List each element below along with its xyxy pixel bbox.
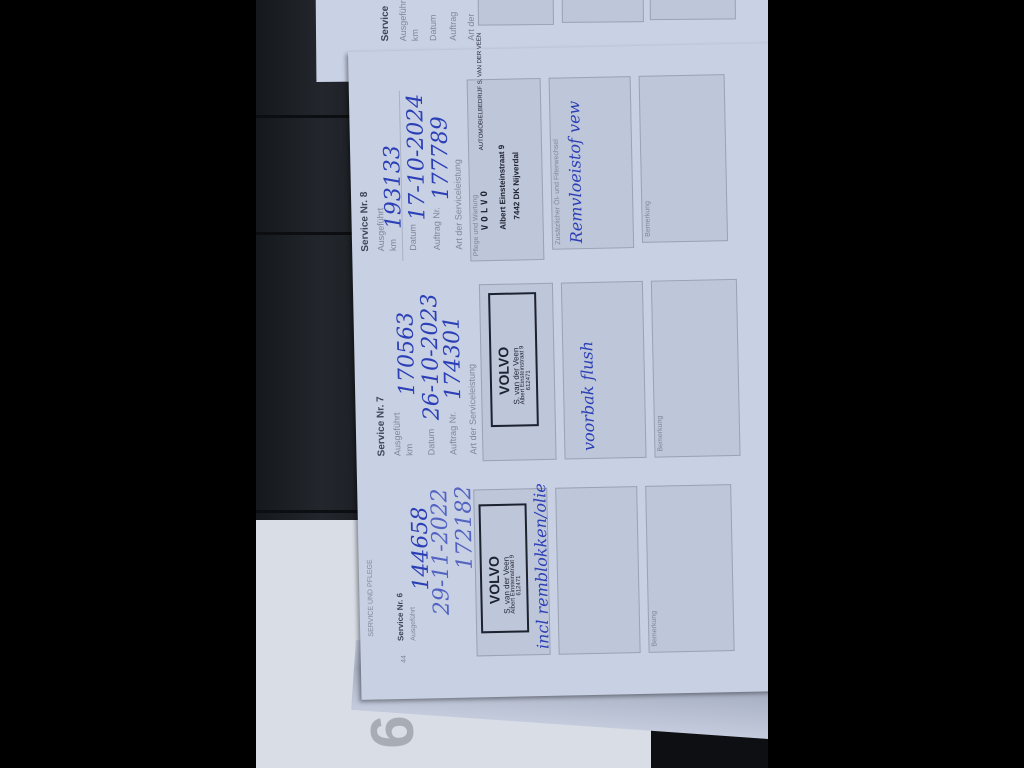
upper-remark-box	[650, 0, 736, 20]
order-value: 177789	[427, 116, 454, 200]
seat-seam	[256, 510, 366, 513]
upper-page-title: Service	[380, 6, 391, 42]
stamp-brand: VOLVO	[495, 347, 512, 395]
performed-label: Ausgeführt	[410, 607, 418, 641]
service-title: Service Nr. 8	[359, 192, 371, 252]
remark-label: Bemerkung	[657, 416, 665, 452]
upper-label: Datum	[428, 14, 438, 41]
dealer-stamp: VOLVO S. van der Veen Albert Einsteinstr…	[488, 292, 539, 427]
page-number: 44	[401, 655, 408, 663]
note: Remvloeistof vew	[564, 101, 586, 244]
remark-box: Bemerkung	[651, 279, 741, 458]
extra-oil-label: Zusätzlicher Öl- und Filterwechsel	[553, 139, 562, 245]
date-value: 17-10-2024	[403, 93, 431, 220]
upper-label: Auftrag	[448, 12, 458, 41]
order-label: Auftrag Nr.	[431, 207, 442, 250]
km-label: km	[388, 239, 398, 251]
remark-box: Bemerkung	[645, 484, 734, 653]
date-label: Datum	[426, 429, 437, 456]
dealer-stamp: VOLVO S. van der Veen Albert Einsteinstr…	[479, 503, 530, 633]
note: voorbak flush	[577, 341, 598, 451]
remark-label: Bemerkung	[644, 201, 652, 237]
care-box: Pflege und Wartung VOLVO AUTOMOBIELBEDRI…	[467, 78, 545, 262]
service-page: SERVICE UND PFLEGE 44 Service Nr. 8 Ausg…	[348, 43, 768, 700]
note: incl remblokken/olie	[530, 483, 552, 649]
stamp-line4: 612471	[526, 370, 532, 390]
care-box: VOLVO S. van der Veen Albert Einsteinstr…	[473, 488, 550, 657]
service-title: Service Nr. 7	[375, 396, 387, 456]
km-value: 193133	[380, 145, 407, 229]
upper-label: Art der	[466, 14, 476, 41]
stamp-line3: 7442 DK Nijverdal	[511, 152, 521, 220]
km-value: 170563	[393, 312, 420, 396]
extra-oil-box: Zusätzlicher Öl- und Filterwechsel Remvl…	[549, 76, 635, 250]
upper-label: Ausgeführt	[398, 0, 408, 41]
date-label: Datum	[408, 224, 419, 251]
order-value: 174301	[440, 316, 467, 400]
service-title: Service Nr. 6	[395, 593, 405, 641]
care-box: VOLVO S. van der Veen Albert Einsteinstr…	[479, 283, 557, 462]
extra-oil-box	[555, 486, 640, 655]
stamp-brand: VOLVO	[480, 188, 491, 230]
remark-box: Bemerkung	[639, 74, 728, 243]
stamp-line1: AUTOMOBIELBEDRIJF S. VAN DER VEEN	[477, 33, 485, 151]
stamp-line4: 612471	[516, 575, 522, 595]
km-label: km	[404, 444, 414, 456]
order-label: Auftrag Nr.	[448, 412, 459, 455]
upper-care-box	[478, 0, 554, 26]
service-type-label: Art der Serviceleistung	[467, 364, 479, 455]
service-booklet-photo: 09 Service Ausgeführt km Datum Auftrag A…	[256, 0, 768, 768]
stamp-line2: Albert Einsteinstraat 9	[497, 145, 508, 230]
care-label: Pflege und Wartung	[472, 195, 480, 257]
photo-scene: 09 Service Ausgeführt km Datum Auftrag A…	[0, 0, 1024, 768]
service-type-label: Art der Serviceleistung	[452, 159, 464, 250]
stamp-brand: VOLVO	[486, 556, 503, 604]
seat-seam	[256, 232, 366, 235]
remark-label: Bemerkung	[651, 611, 659, 647]
extra-oil-box: voorbak flush	[561, 281, 647, 460]
upper-label: km	[410, 29, 420, 41]
performed-label: Ausgeführt	[392, 412, 403, 456]
upper-oil-box	[562, 0, 644, 23]
page-header: SERVICE UND PFLEGE	[367, 559, 376, 636]
